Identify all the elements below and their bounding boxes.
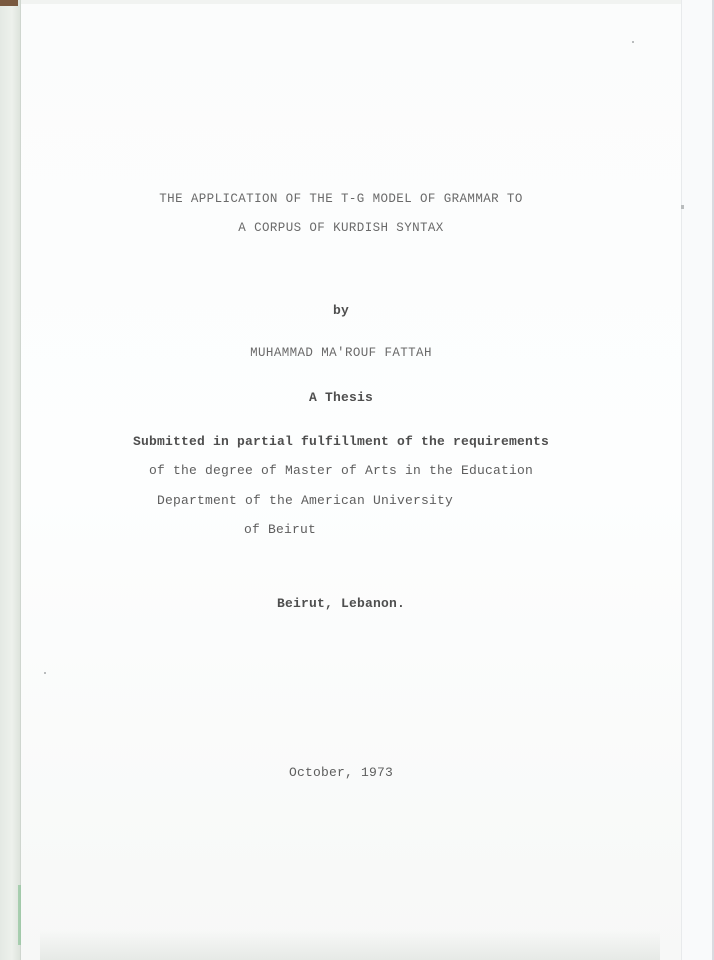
thesis-title-line-2: A CORPUS OF KURDISH SYNTAX xyxy=(21,221,661,235)
submission-line-1: Submitted in partial fulfillment of the … xyxy=(21,434,661,449)
submission-line-4: of Beirut xyxy=(0,522,600,537)
paper-speck xyxy=(44,672,46,674)
paper-speck xyxy=(632,41,634,43)
by-label: by xyxy=(21,303,661,318)
date: October, 1973 xyxy=(21,765,661,780)
previous-sheet-edge xyxy=(0,0,21,960)
place: Beirut, Lebanon. xyxy=(21,596,661,611)
thesis-title-line-1: THE APPLICATION OF THE T-G MODEL OF GRAM… xyxy=(21,192,661,206)
page-curl-shadow xyxy=(40,930,660,960)
document-type: A Thesis xyxy=(21,390,661,405)
submission-line-3: Department of the American University xyxy=(0,493,625,508)
scanned-document: THE APPLICATION OF THE T-G MODEL OF GRAM… xyxy=(0,0,714,960)
paper-speck xyxy=(681,205,684,209)
submission-line-2: of the degree of Master of Arts in the E… xyxy=(21,463,661,478)
backing-sheet-edge xyxy=(681,0,714,960)
author-name: MUHAMMAD MA'ROUF FATTAH xyxy=(21,346,661,360)
corner-shadow xyxy=(0,0,18,6)
title-page xyxy=(21,4,681,960)
